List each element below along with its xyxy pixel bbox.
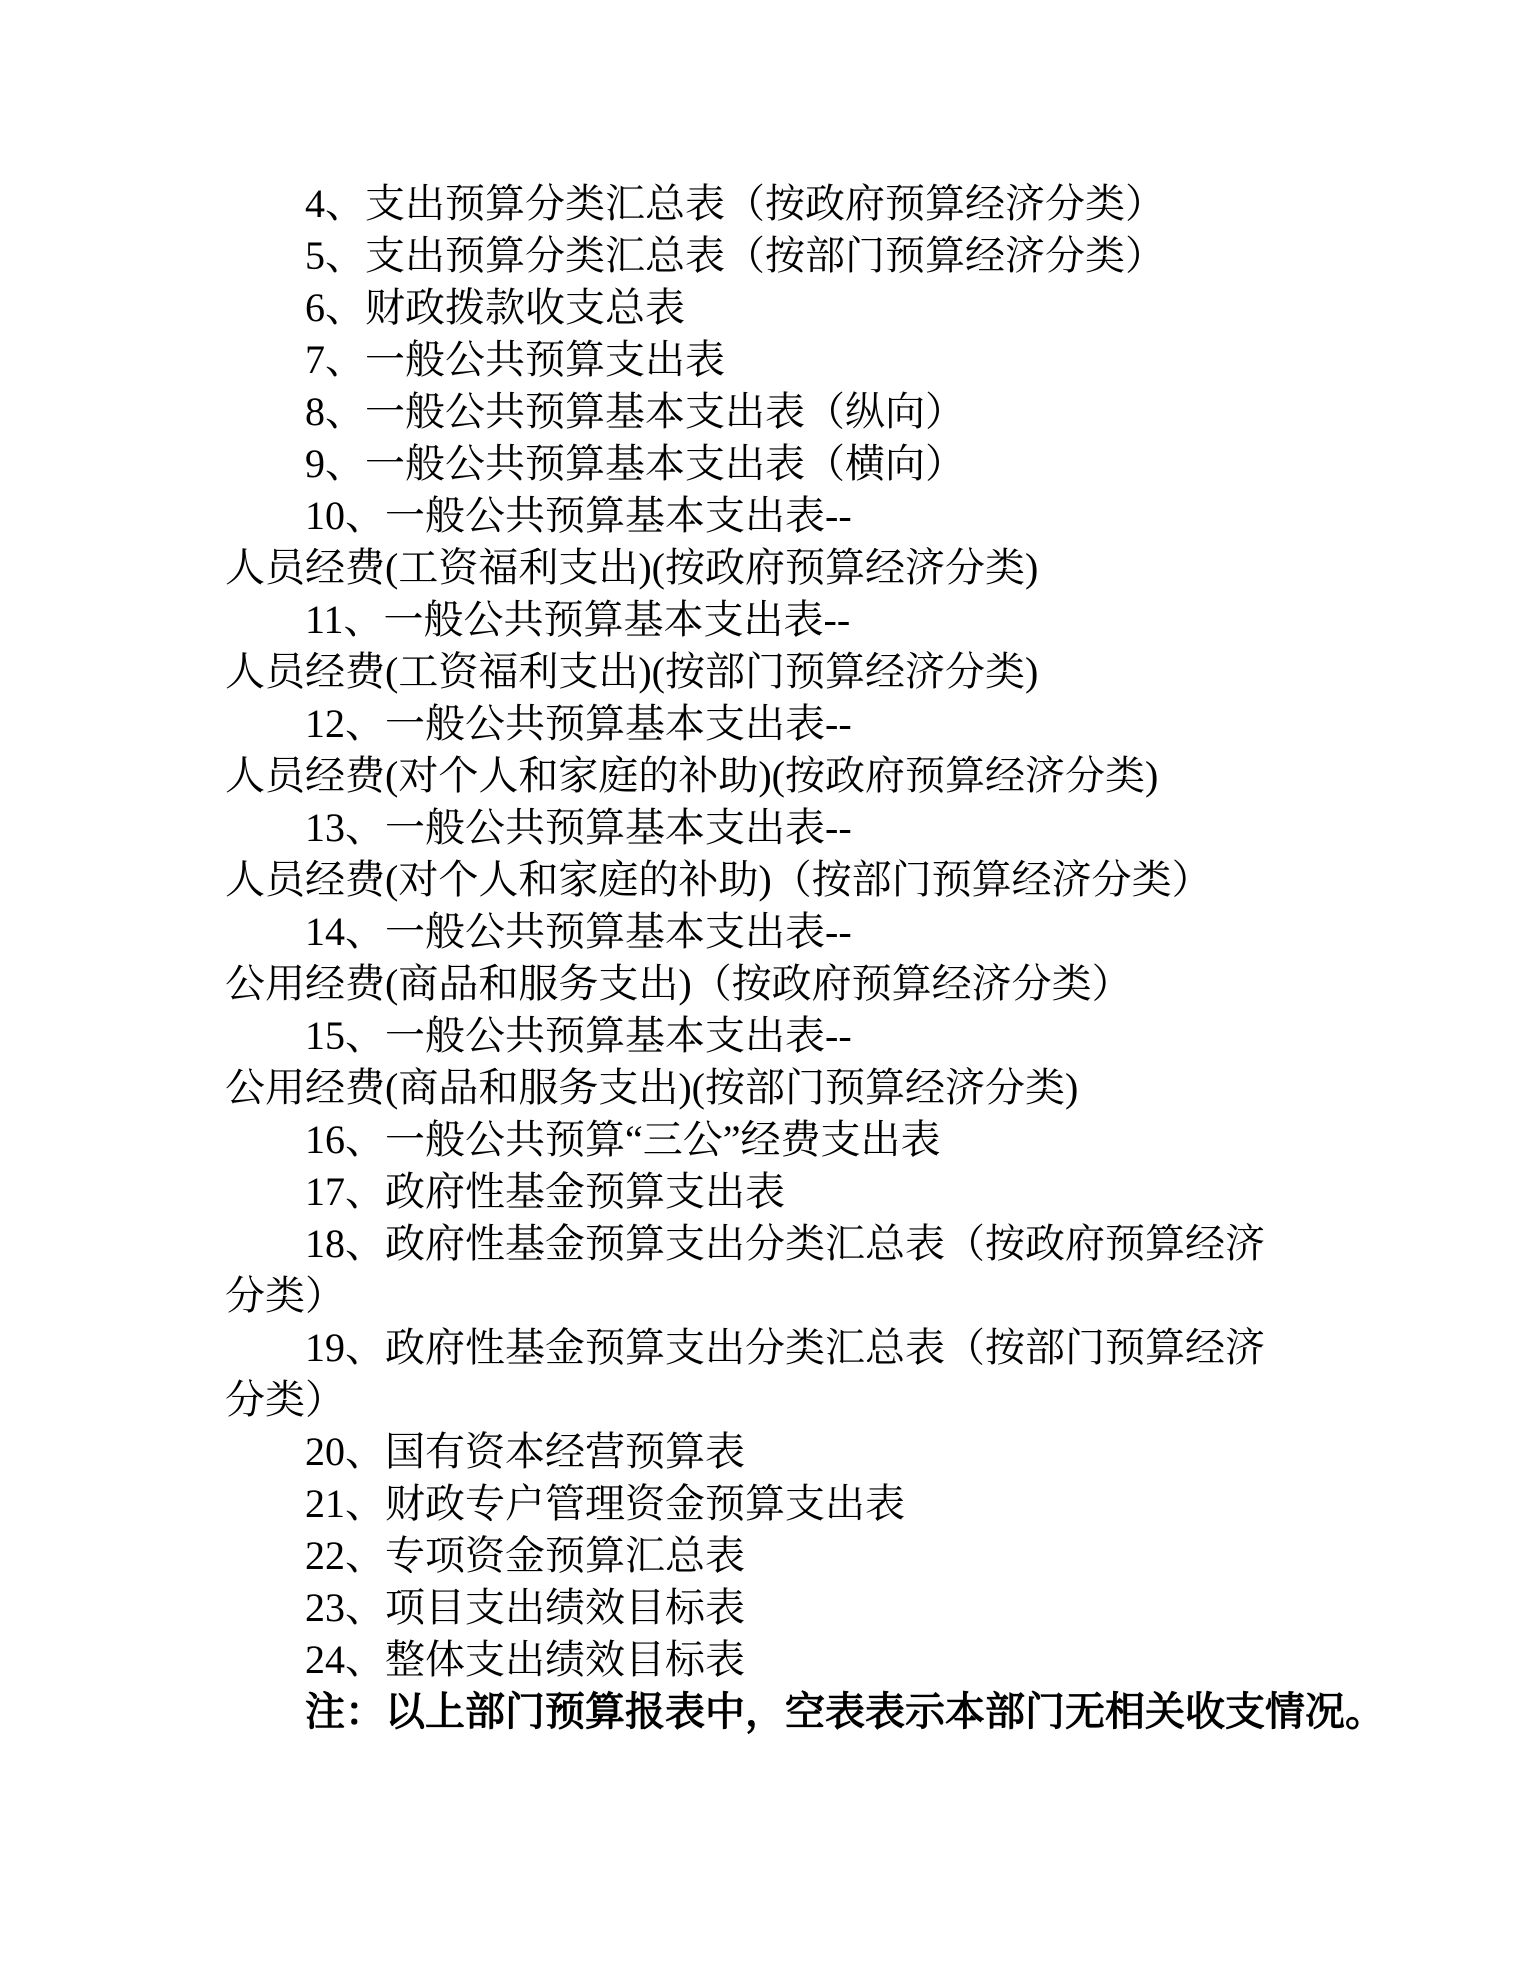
document-line: 人员经费(工资福利支出)(按部门预算经济分类) bbox=[225, 646, 1530, 698]
document-body: 4、支出预算分类汇总表（按政府预算经济分类）5、支出预算分类汇总表（按部门预算经… bbox=[225, 178, 1530, 1738]
note-line: 注：以上部门预算报表中，空表表示本部门无相关收支情况。 bbox=[225, 1686, 1530, 1738]
document-line: 11、一般公共预算基本支出表-- bbox=[225, 594, 1530, 646]
document-line: 16、一般公共预算“三公”经费支出表 bbox=[225, 1114, 1530, 1166]
document-line: 10、一般公共预算基本支出表-- bbox=[225, 490, 1530, 542]
document-line: 21、财政专户管理资金预算支出表 bbox=[225, 1478, 1530, 1530]
document-line: 12、一般公共预算基本支出表-- bbox=[225, 698, 1530, 750]
document-line: 6、财政拨款收支总表 bbox=[225, 282, 1530, 334]
document-line: 15、一般公共预算基本支出表-- bbox=[225, 1010, 1530, 1062]
document-line: 人员经费(对个人和家庭的补助)(按政府预算经济分类) bbox=[225, 750, 1530, 802]
document-line: 18、政府性基金预算支出分类汇总表（按政府预算经济 bbox=[225, 1218, 1530, 1270]
document-line: 人员经费(对个人和家庭的补助)（按部门预算经济分类） bbox=[225, 854, 1530, 906]
document-line: 4、支出预算分类汇总表（按政府预算经济分类） bbox=[225, 178, 1530, 230]
document-line: 20、国有资本经营预算表 bbox=[225, 1426, 1530, 1478]
document-line: 9、一般公共预算基本支出表（横向） bbox=[225, 438, 1530, 490]
document-line: 分类） bbox=[225, 1270, 1530, 1322]
document-line: 分类） bbox=[225, 1374, 1530, 1426]
document-line: 17、政府性基金预算支出表 bbox=[225, 1166, 1530, 1218]
document-line: 5、支出预算分类汇总表（按部门预算经济分类） bbox=[225, 230, 1530, 282]
document-line: 24、整体支出绩效目标表 bbox=[225, 1634, 1530, 1686]
document-line: 22、专项资金预算汇总表 bbox=[225, 1530, 1530, 1582]
document-line: 7、一般公共预算支出表 bbox=[225, 334, 1530, 386]
document-page: 4、支出预算分类汇总表（按政府预算经济分类）5、支出预算分类汇总表（按部门预算经… bbox=[0, 0, 1530, 1980]
document-line: 14、一般公共预算基本支出表-- bbox=[225, 906, 1530, 958]
document-line: 19、政府性基金预算支出分类汇总表（按部门预算经济 bbox=[225, 1322, 1530, 1374]
document-line: 公用经费(商品和服务支出)（按政府预算经济分类） bbox=[225, 958, 1530, 1010]
document-line: 8、一般公共预算基本支出表（纵向） bbox=[225, 386, 1530, 438]
document-line: 13、一般公共预算基本支出表-- bbox=[225, 802, 1530, 854]
document-line: 人员经费(工资福利支出)(按政府预算经济分类) bbox=[225, 542, 1530, 594]
document-line: 23、项目支出绩效目标表 bbox=[225, 1582, 1530, 1634]
document-line: 公用经费(商品和服务支出)(按部门预算经济分类) bbox=[225, 1062, 1530, 1114]
